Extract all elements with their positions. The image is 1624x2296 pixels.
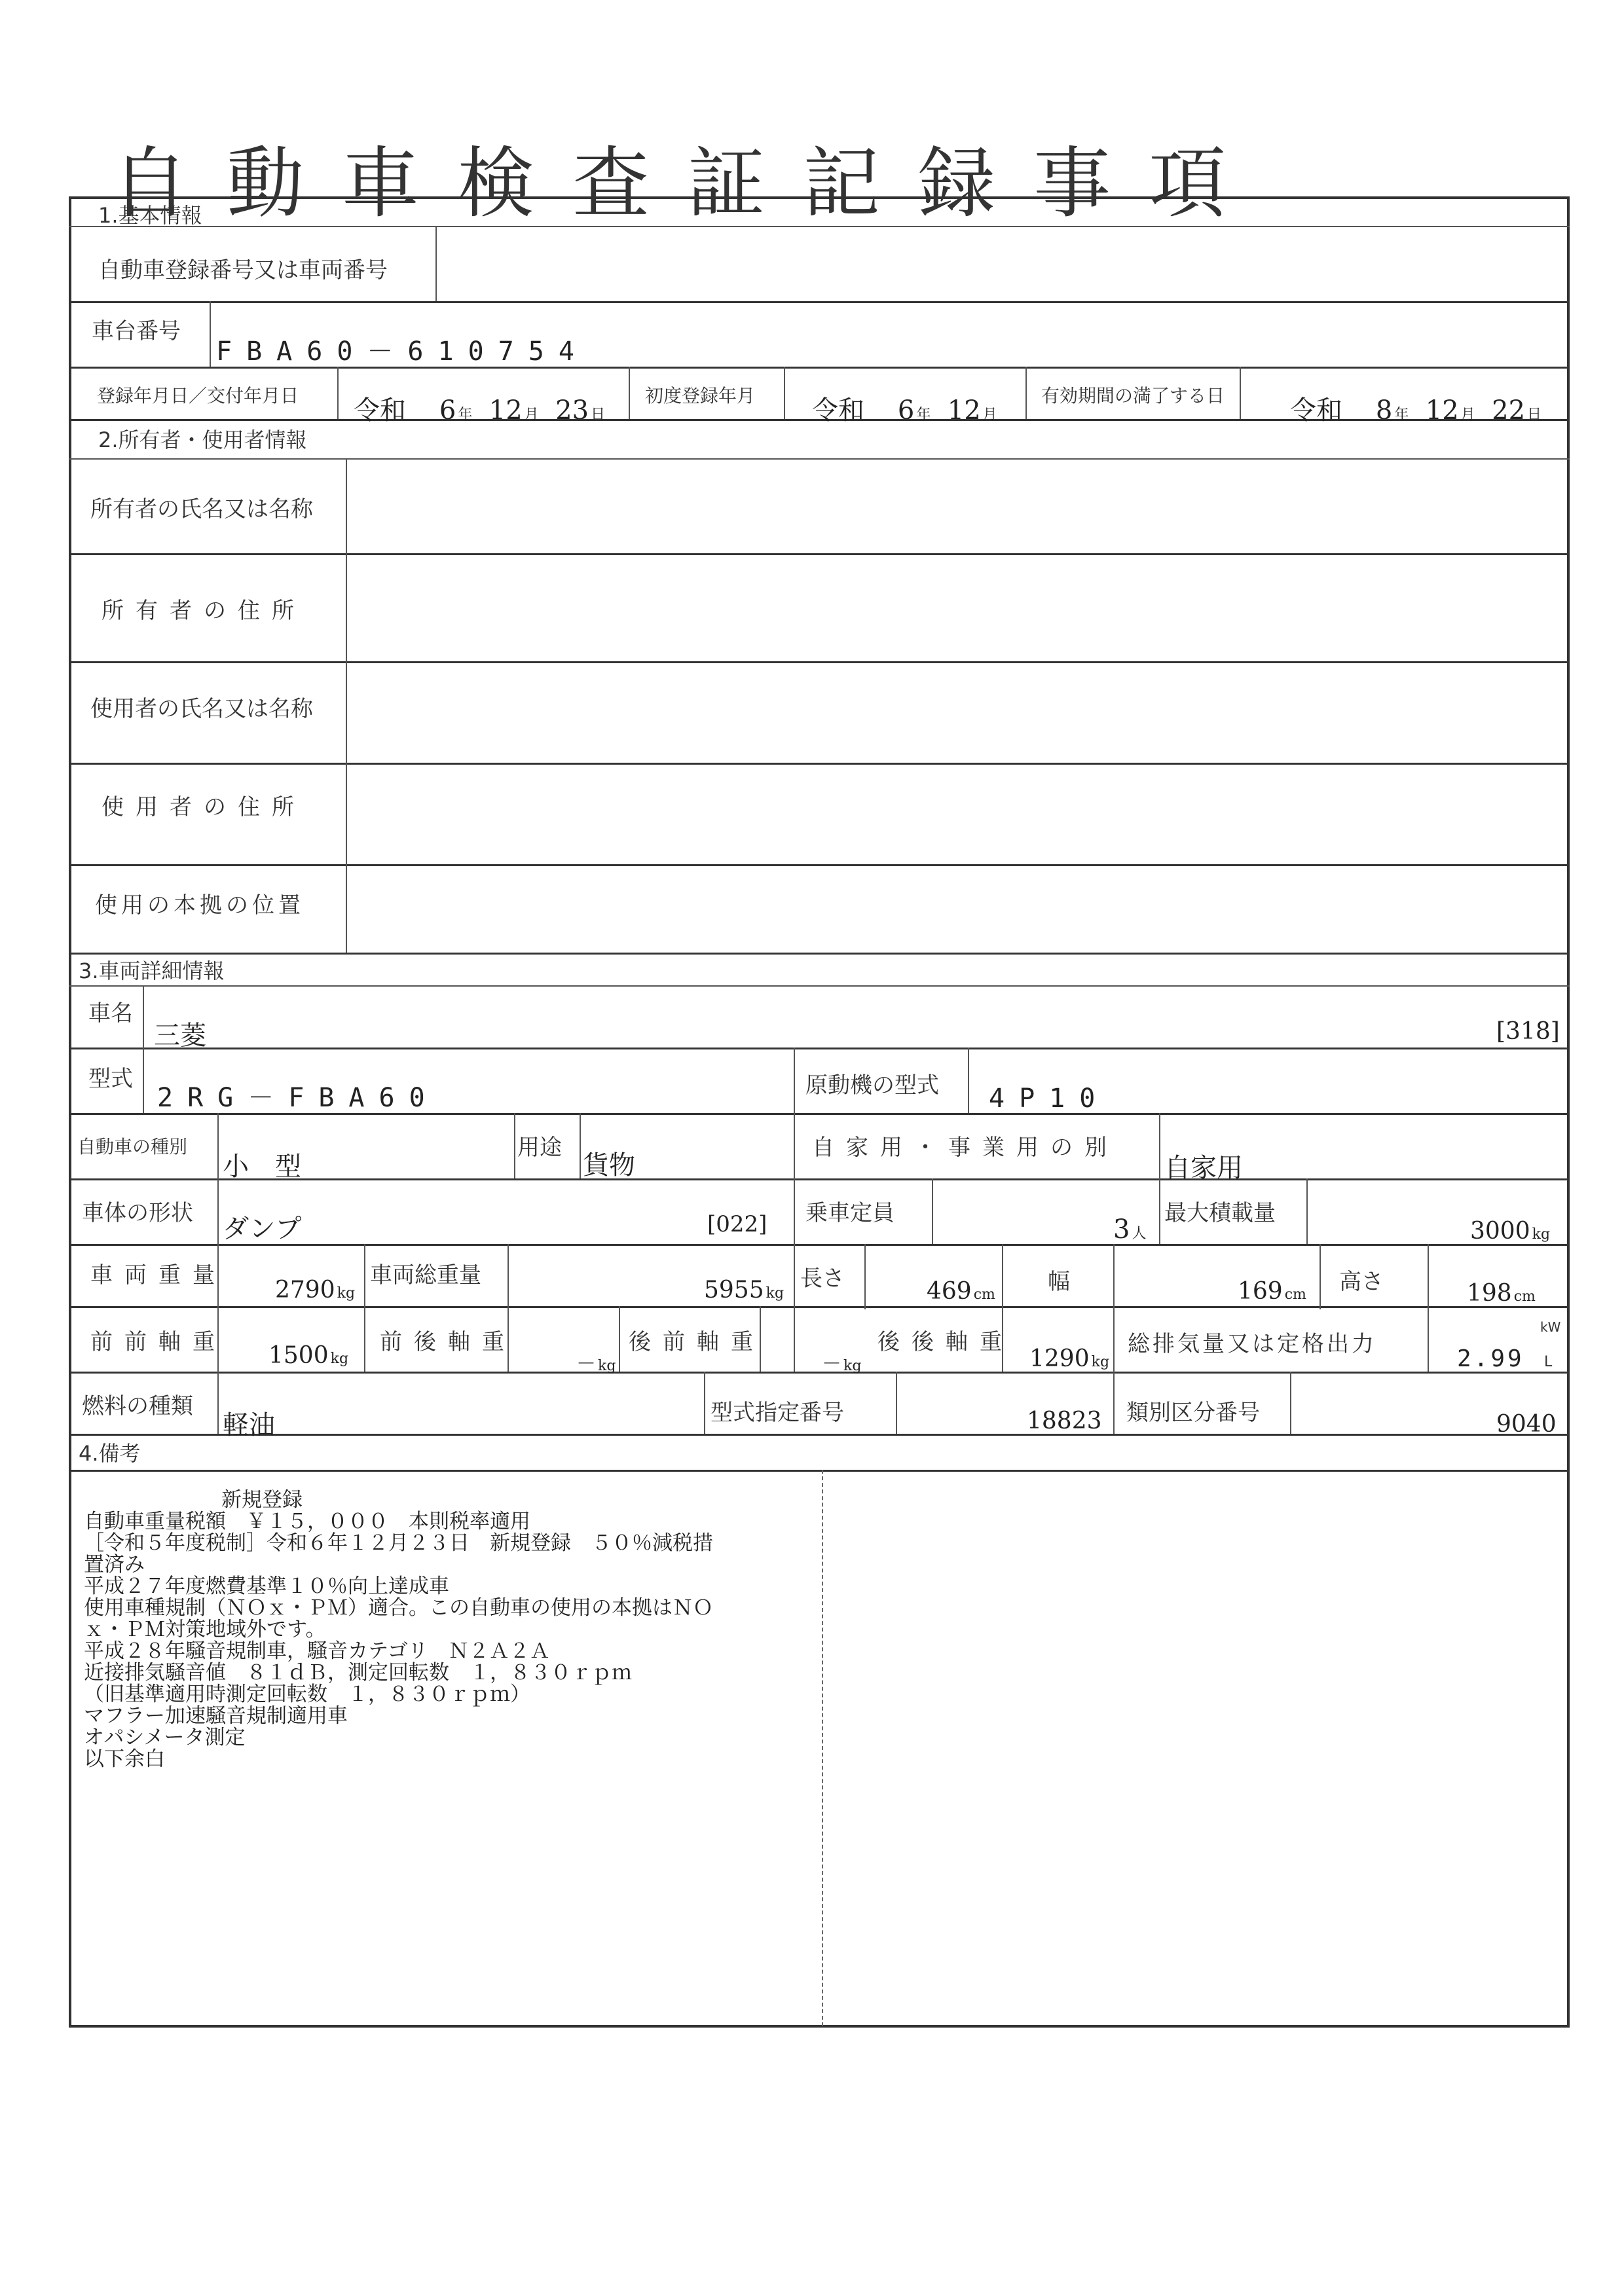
divider: [69, 953, 1570, 955]
divider: [580, 1113, 581, 1178]
chassis-number-label: 車台番号: [92, 313, 181, 345]
remarks-line: 置済み: [84, 1554, 804, 1576]
rear-front-axle-value: －kg: [822, 1347, 861, 1376]
section-heading-vehicle-detail: 3.車両詳細情報: [79, 955, 225, 985]
displacement-unit-kw: kW: [1540, 1319, 1560, 1335]
base-location-label: 使用の本拠の位置: [95, 887, 304, 919]
divider: [1113, 1244, 1115, 1434]
registration-date-value: 令和 6年 12月 23日: [354, 390, 605, 427]
section-heading-owner-user: 2.所有者・使用者情報: [98, 424, 307, 454]
remarks-text: 新規登録 自動車重量税額 ￥１５，０００ 本則税率適用 ［令和５年度税制］令和６…: [84, 1489, 804, 1770]
first-registration-value: 令和 6年 12月: [812, 390, 997, 427]
divider: [69, 553, 1570, 555]
engine-model-value: 4P10: [989, 1084, 1109, 1114]
body-shape-label: 車体の形状: [82, 1195, 193, 1227]
section-heading-remarks: 4.備考: [79, 1437, 141, 1467]
front-rear-axle-label: 前後軸重: [380, 1324, 516, 1356]
user-name-label: 使用者の氏名又は名称: [90, 691, 313, 723]
front-front-axle-label: 前前軸重: [90, 1324, 227, 1356]
divider: [1319, 1244, 1321, 1309]
length-label: 長さ: [800, 1260, 845, 1292]
remarks-line: 自動車重量税額 ￥１５，０００ 本則税率適用: [84, 1511, 804, 1533]
divider: [864, 1244, 866, 1309]
remarks-line: 平成２８年騒音規制車，騒音カテゴリ Ｎ２Ａ２Ａ: [84, 1641, 804, 1662]
expiry-date-value: 令和 8年 12月 22日: [1290, 390, 1541, 427]
height-value: 198cm: [1467, 1280, 1536, 1307]
max-load-label: 最大積載量: [1164, 1195, 1276, 1227]
capacity-label: 乗車定員: [805, 1195, 895, 1227]
body-shape-code: [022]: [707, 1211, 767, 1237]
remarks-line: オパシメータ測定: [84, 1727, 804, 1749]
remarks-line: ｘ・ＰＭ対策地域外です。: [84, 1619, 804, 1641]
divider: [69, 864, 1570, 866]
rear-front-axle-label: 後前軸重: [629, 1324, 765, 1356]
divider: [435, 226, 437, 301]
car-name-label: 車名: [88, 995, 133, 1027]
length-value: 469cm: [927, 1278, 995, 1305]
type-designation-label: 型式指定番号: [710, 1394, 844, 1427]
divider: [69, 1434, 1570, 1436]
remarks-line: （旧基準適用時測定回転数 １，８３０ｒｐｍ）: [84, 1684, 804, 1705]
divider: [69, 985, 1570, 987]
model-label: 型式: [88, 1061, 133, 1093]
divider: [784, 367, 785, 419]
body-shape-value: ダンプ: [223, 1208, 301, 1245]
divider: [1240, 367, 1241, 419]
divider: [968, 1048, 969, 1113]
height-label: 高さ: [1339, 1264, 1384, 1296]
first-registration-label: 初度登録年月: [645, 382, 755, 408]
divider: [69, 1372, 1570, 1374]
car-name-code: [318]: [1496, 1018, 1560, 1045]
model-value: 2RG－FBA60: [157, 1077, 439, 1114]
vehicle-kind-value: 小 型: [223, 1146, 301, 1183]
displacement-label: 総排気量又は定格出力: [1128, 1326, 1376, 1358]
divider: [704, 1372, 705, 1434]
private-business-label: 自家用・事業用の別: [812, 1129, 1118, 1161]
displacement-value: 2.99: [1457, 1345, 1524, 1372]
gross-weight-value: 5955kg: [704, 1277, 784, 1303]
category-number-label: 類別区分番号: [1126, 1394, 1260, 1427]
divider: [364, 1244, 365, 1372]
divider: [1290, 1372, 1291, 1434]
gross-weight-label: 車両総重量: [370, 1257, 481, 1289]
registration-date-label: 登録年月日／交付年月日: [97, 382, 299, 408]
remarks-line: 新規登録: [84, 1489, 804, 1511]
car-name-value: 三菱: [154, 1015, 206, 1052]
divider: [143, 985, 144, 1113]
max-load-value: 3000kg: [1470, 1218, 1550, 1245]
section-heading-basic: 1.基本情報: [98, 199, 202, 229]
divider: [69, 1306, 1570, 1308]
rear-rear-axle-label: 後後軸重: [877, 1324, 1014, 1356]
divider: [629, 367, 630, 419]
divider: [69, 763, 1570, 765]
fuel-value: 軽油: [223, 1404, 275, 1442]
divider: [69, 301, 1570, 303]
vehicle-weight-label: 車両重量: [90, 1257, 227, 1289]
remarks-line: 以下余白: [84, 1749, 804, 1770]
divider: [69, 226, 1570, 227]
usage-label: 用途: [517, 1129, 562, 1161]
width-value: 169cm: [1238, 1278, 1306, 1305]
divider: [337, 367, 339, 419]
capacity-value: 3人: [1113, 1214, 1146, 1245]
chassis-number-value: FBA60－610754: [216, 331, 589, 368]
front-rear-axle-value: －kg: [576, 1347, 616, 1376]
vehicle-weight-value: 2790kg: [275, 1277, 355, 1303]
divider: [1025, 367, 1027, 419]
type-designation-value: 18823: [1027, 1408, 1102, 1434]
divider: [514, 1113, 515, 1178]
divider: [619, 1306, 620, 1372]
owner-address-label: 所有者の住所: [101, 592, 306, 625]
divider: [932, 1178, 933, 1244]
divider: [210, 301, 211, 367]
front-front-axle-value: 1500kg: [268, 1342, 348, 1369]
user-address-label: 使用者の住所: [101, 789, 306, 821]
displacement-unit-l: L: [1544, 1354, 1552, 1370]
remarks-line: 平成２７年度燃費基準１０％向上達成車: [84, 1576, 804, 1597]
registration-number-label: 自動車登録番号又は車両番号: [98, 252, 388, 284]
width-label: 幅: [1048, 1264, 1070, 1296]
vehicle-kind-label: 自動車の種別: [77, 1133, 187, 1159]
expiry-date-label: 有効期間の満了する日: [1041, 382, 1225, 408]
private-business-value: 自家用: [1164, 1147, 1243, 1184]
rear-rear-axle-value: 1290kg: [1029, 1345, 1109, 1372]
divider: [69, 661, 1570, 663]
remarks-line: ［令和５年度税制］令和６年１２月２３日 新規登録 ５０％減税措: [84, 1533, 804, 1554]
remarks-column-divider: [822, 1470, 823, 2026]
fuel-label: 燃料の種類: [82, 1388, 193, 1420]
divider: [69, 1470, 1570, 1472]
engine-model-label: 原動機の型式: [805, 1067, 939, 1099]
remarks-line: 近接排気騒音値 ８１ｄＢ，測定回転数 １，８３０ｒｐｍ: [84, 1662, 804, 1684]
divider: [346, 458, 347, 953]
divider: [896, 1372, 897, 1434]
divider: [69, 1048, 1570, 1049]
divider: [69, 458, 1570, 460]
divider: [1159, 1113, 1160, 1244]
remarks-line: 使用車種規制（ＮＯｘ・ＰＭ）適合。この自動車の使用の本拠はＮＯ: [84, 1597, 804, 1619]
usage-value: 貨物: [583, 1144, 635, 1182]
owner-name-label: 所有者の氏名又は名称: [90, 491, 313, 523]
divider: [794, 1113, 795, 1372]
divider: [1306, 1178, 1308, 1244]
category-number-value: 9040: [1496, 1411, 1557, 1438]
divider: [794, 1048, 795, 1113]
document-title: 自動車検査証記録事項: [111, 121, 1264, 206]
divider: [1428, 1244, 1429, 1372]
remarks-line: マフラー加速騒音規制適用車: [84, 1705, 804, 1727]
